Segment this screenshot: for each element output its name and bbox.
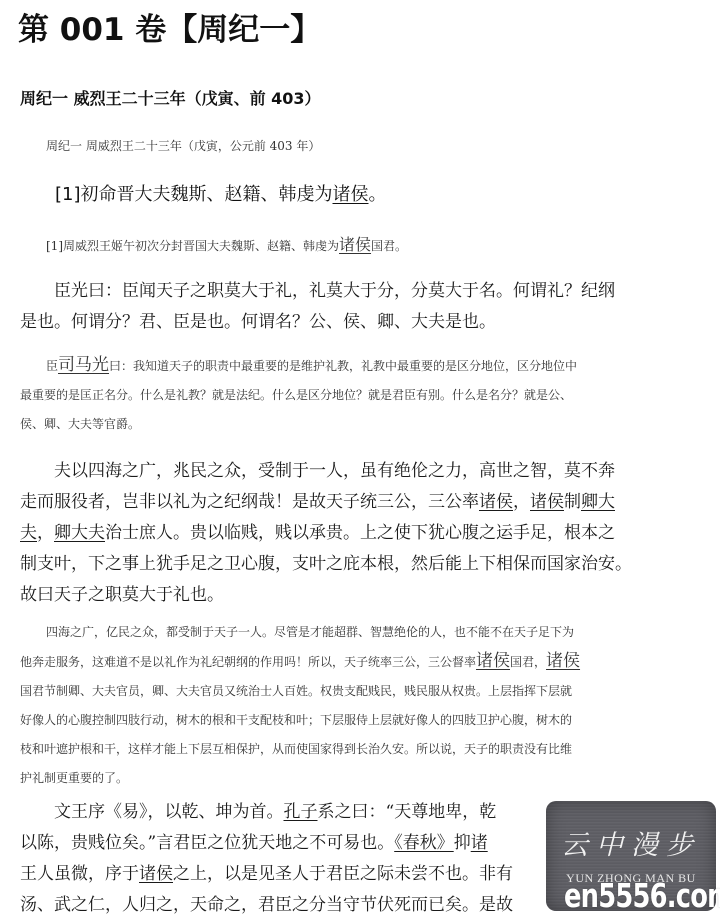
text: 制 <box>564 492 581 512</box>
text-line: 故曰天子之职莫大于礼也。 <box>20 580 660 611</box>
text: 系之曰：“天尊地卑，乾 <box>318 802 497 822</box>
text: 走而服役者，岂非以礼为之纪纲哉！是故天子统三公，三公率 <box>20 492 479 512</box>
text-line: 护礼制更重要的了。 <box>20 764 660 793</box>
annotated-term-qingdafu[interactable]: 卿大 <box>581 492 615 512</box>
text: ， <box>513 492 530 512</box>
paragraph-chen-guang-translation: 臣司马光曰：我知道天子的职责中最重要的是维护礼教，礼教中最重要的是区分地位，区分… <box>20 351 660 439</box>
text-line: 好像人的心腹控制四肢行动，树木的根和干支配枝和叶；下层服侍上层就好像人的四肢卫护… <box>20 706 660 735</box>
translation-text: [1]周威烈王姬午初次分封晋国大夫魏斯、赵籍、韩虔为 <box>46 239 339 253</box>
annotated-term-zhuhou[interactable]: 诸侯 <box>476 651 510 671</box>
paragraph-fu-yi-sihai: 夫以四海之广，兆民之众，受制于一人，虽有绝伦之力，高世之智，莫不奔 走而服役者，… <box>20 456 660 611</box>
paragraph-chen-guang: 臣光曰：臣闻天子之职莫大于礼，礼莫大于分，分莫大于名。何谓礼？纪纲 是也。何谓分… <box>20 276 660 338</box>
original-text: [1]初命晋大夫魏斯、赵籍、韩虔为 <box>55 184 333 205</box>
text: 文王序《易》，以乾、坤为首。 <box>54 802 284 822</box>
annotated-term-qingdafu[interactable]: 卿大夫 <box>54 523 105 543</box>
text-line: 走而服役者，岂非以礼为之纪纲哉！是故天子统三公，三公率诸侯，诸侯制卿大 <box>20 487 660 518</box>
annotated-term-sima-guang[interactable]: 司马光 <box>58 355 109 375</box>
text-line: 枝和叶遮护根和干，这样才能上下层互相保护，从而使国家得到长治久安。所以说，天子的… <box>20 735 660 764</box>
annotated-term-zhuhou[interactable]: 诸侯 <box>479 492 513 512</box>
text-line: 夫，卿大夫治士庶人。贵以临贱，贱以承贵。上之使下犹心腹之运手足，根本之 <box>20 518 660 549</box>
translation-entry-1: [1]周威烈王姬午初次分封晋国大夫魏斯、赵籍、韩虔为诸侯国君。 <box>46 232 407 255</box>
text: 曰：我知道天子的职责中最重要的是维护礼教，礼教中最重要的是区分地位，区分地位中 <box>109 359 577 373</box>
text: 王人虽微，序于 <box>20 864 139 884</box>
annotated-term-zhuhou[interactable]: 诸侯 <box>333 184 369 205</box>
annotated-term-zhuhou[interactable]: 诸侯 <box>546 651 580 671</box>
text: 臣 <box>46 359 58 373</box>
annotated-term-kongzi[interactable]: 孔子 <box>284 802 318 822</box>
text-line: 是也。何谓分？君、臣是也。何谓名？公、侯、卿、大夫是也。 <box>20 307 660 338</box>
original-text: 。 <box>369 184 387 205</box>
annotated-term-zhuhou[interactable]: 诸 <box>471 833 488 853</box>
watermark-chinese-text: 云中漫步 <box>546 823 716 862</box>
text-line: 制支叶，下之事上犹手足之卫心腹，支叶之庇本根，然后能上下相保而国家治安。 <box>20 549 660 580</box>
chapter-meta-line: 周纪一 周威烈王二十三年（戊寅，公元前 403 年） <box>46 137 320 154</box>
text-line: 夫以四海之广，兆民之众，受制于一人，虽有绝伦之力，高世之智，莫不奔 <box>20 456 660 487</box>
annotated-term-zhuhou[interactable]: 诸侯 <box>339 235 371 254</box>
text: ， <box>37 523 54 543</box>
text-line: 臣司马光曰：我知道天子的职责中最重要的是维护礼教，礼教中最重要的是区分地位，区分… <box>20 351 660 381</box>
translation-text: 国君。 <box>371 239 407 253</box>
text: 他奔走服务，这难道不是以礼作为礼纪朝纲的作用吗！所以，天子统率三公，三公督率 <box>20 655 476 669</box>
chapter-subtitle: 周纪一 威烈王二十三年（戊寅、前 403） <box>20 86 321 109</box>
text: 抑 <box>454 833 471 853</box>
document-page: 第 001 卷【周纪一】 周纪一 威烈王二十三年（戊寅、前 403） 周纪一 周… <box>0 0 720 915</box>
watermark-url-text: en5556.com <box>564 876 720 915</box>
text-line: 最重要的是匡正名分。什么是礼教？就是法纪。什么是区分地位？就是君臣有别。什么是名… <box>20 381 660 410</box>
text: 之上，以是见圣人于君臣之际未尝不也。非有 <box>173 864 513 884</box>
paragraph-fu-yi-sihai-translation: 四海之广，亿民之众，都受制于天子一人。尽管是才能超群、智慧绝伦的人，也不能不在天… <box>20 618 660 793</box>
text: 国君， <box>510 655 546 669</box>
text-line: 他奔走服务，这难道不是以礼作为礼纪朝纲的作用吗！所以，天子统率三公，三公督率诸侯… <box>20 647 660 677</box>
annotated-term-zhuhou[interactable]: 诸侯 <box>139 864 173 884</box>
text-line: 四海之广，亿民之众，都受制于天子一人。尽管是才能超群、智慧绝伦的人，也不能不在天… <box>20 618 660 647</box>
text-line: 国君节制卿、大夫官员，卿、大夫官员又统治士人百姓。权贵支配贱民，贱民服从权贵。上… <box>20 677 660 706</box>
text-line: 侯、卿、大夫等官爵。 <box>20 410 660 439</box>
text: 治士庶人。贵以临贱，贱以承贵。上之使下犹心腹之运手足，根本之 <box>105 523 615 543</box>
text: 以陈，贵贱位矣。”言君臣之位犹天地之不可易也。 <box>20 833 394 853</box>
text-line: 臣光曰：臣闻天子之职莫大于礼，礼莫大于分，分莫大于名。何谓礼？纪纲 <box>20 276 660 307</box>
annotated-term-chunqiu[interactable]: 《春秋》 <box>394 833 454 853</box>
volume-title: 第 001 卷【周纪一】 <box>18 4 321 49</box>
annotated-term-zhuhou[interactable]: 诸侯 <box>530 492 564 512</box>
annotated-term-qingdafu[interactable]: 夫 <box>20 523 37 543</box>
original-entry-1: [1]初命晋大夫魏斯、赵籍、韩虔为诸侯。 <box>55 180 387 206</box>
